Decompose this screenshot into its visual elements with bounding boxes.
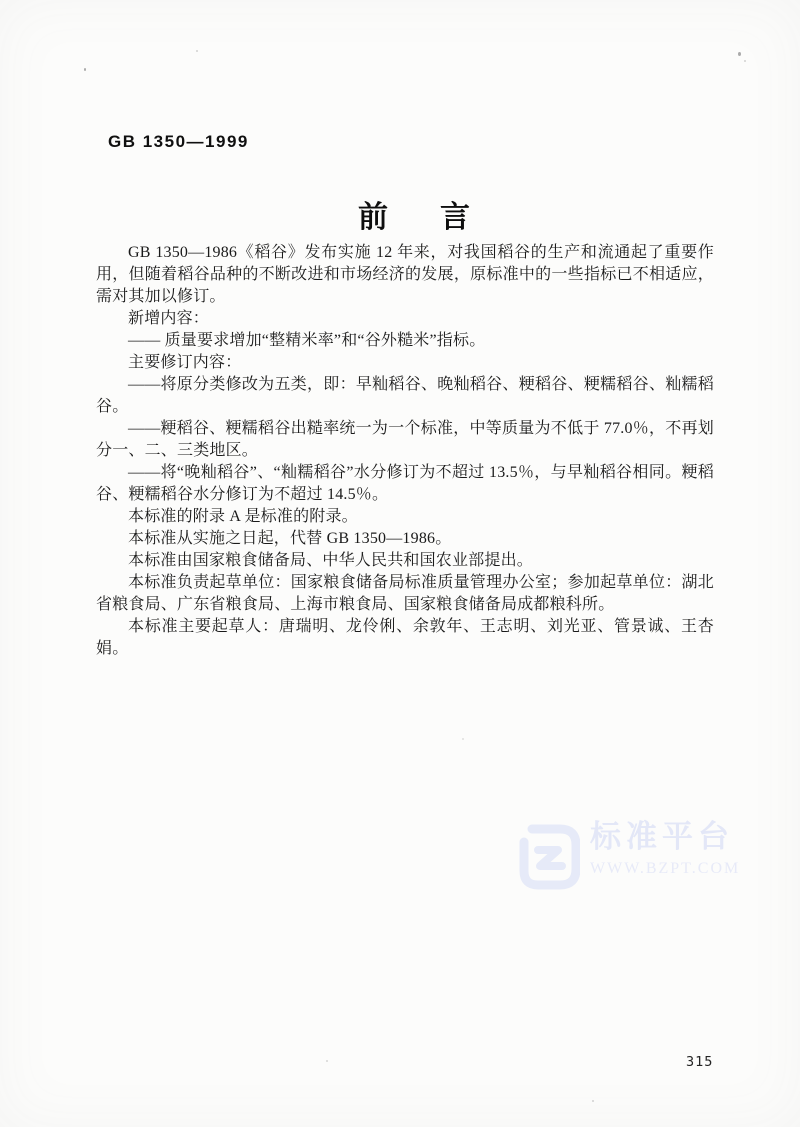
foreword-body: GB 1350—1986《稻谷》发布实施 12 年来，对我国稻谷的生产和流通起了… — [96, 242, 714, 660]
paragraph-replacement-note: 本标准从实施之日起，代替 GB 1350—1986。 — [96, 528, 714, 550]
paragraph-drafting-units: 本标准负责起草单位：国家粮食储备局标准质量管理办公室；参加起草单位：湖北省粮食局… — [96, 572, 714, 616]
watermark-site-name: 标准平台 — [590, 820, 740, 854]
scan-speck — [738, 52, 741, 56]
watermark-site-url: WWW.BZPT.COM — [590, 860, 740, 878]
scan-speck — [462, 738, 464, 740]
page-title: 前 言 — [14, 192, 800, 236]
scan-speck — [84, 68, 86, 71]
paragraph-revision-heading: 主要修订内容： — [96, 352, 714, 374]
bz-logo-icon — [518, 824, 580, 895]
paragraph-revision-item-1: ——将原分类修改为五类，即：早籼稻谷、晚籼稻谷、粳稻谷、粳糯稻谷、籼糯稻谷。 — [96, 374, 714, 418]
paragraph-new-content-item: —— 质量要求增加“整精米率”和“谷外糙米”指标。 — [96, 330, 714, 352]
scan-speck — [326, 1060, 328, 1062]
paragraph-revision-item-3: ——将“晚籼稻谷”、“籼糯稻谷”水分修订为不超过 13.5％，与早籼稻谷相同。粳… — [96, 462, 714, 506]
paragraph-revision-item-2: ——粳稻谷、粳糯稻谷出糙率统一为一个标准，中等质量为不低于 77.0％，不再划分… — [96, 418, 714, 462]
paragraph-drafters: 本标准主要起草人：唐瑞明、龙伶俐、余敦年、王志明、刘光亚、管景诚、王杏娟。 — [96, 616, 714, 660]
scan-speck — [744, 60, 746, 62]
paragraph-appendix-note: 本标准的附录 A 是标准的附录。 — [96, 506, 714, 528]
page-number: 315 — [686, 1054, 713, 1070]
document-page: GB 1350—1999 前 言 GB 1350—1986《稻谷》发布实施 12… — [0, 0, 800, 1127]
paragraph-intro: GB 1350—1986《稻谷》发布实施 12 年来，对我国稻谷的生产和流通起了… — [96, 242, 714, 308]
scan-speck — [592, 1100, 594, 1102]
watermark-text: 标准平台 WWW.BZPT.COM — [590, 820, 740, 878]
watermark: 标准平台 WWW.BZPT.COM — [518, 820, 740, 895]
standard-number: GB 1350—1999 — [108, 132, 249, 152]
title-char-yan: 言 — [440, 192, 470, 236]
scan-speck — [196, 50, 198, 52]
title-char-qian: 前 — [358, 192, 388, 236]
paragraph-new-content-heading: 新增内容： — [96, 308, 714, 330]
paragraph-proposed-by: 本标准由国家粮食储备局、中华人民共和国农业部提出。 — [96, 550, 714, 572]
